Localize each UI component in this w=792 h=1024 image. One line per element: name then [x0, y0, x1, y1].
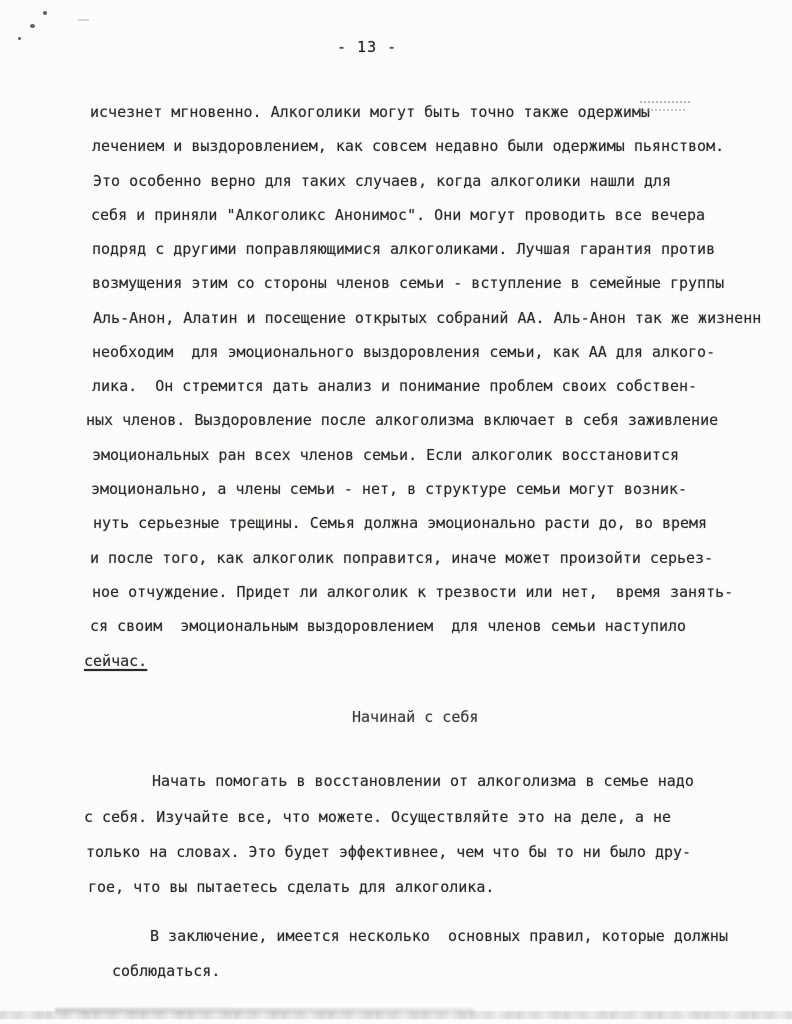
- text-line: Начать помогать в восстановлении от алко…: [152, 772, 694, 791]
- text-line: нуть серьезные трещины. Семья должна эмо…: [93, 514, 707, 533]
- ink-speck: [30, 24, 35, 28]
- text-line: с себя. Изучайте все, что можете. Осущес…: [84, 808, 671, 827]
- ink-smudge: [640, 101, 690, 103]
- text-line: ных членов. Выздоровление после алкоголи…: [86, 411, 718, 430]
- text-line: и после того, как алкоголик поправится, …: [90, 549, 713, 568]
- text-line: возмущения этим со стороны членов семьи …: [92, 274, 724, 293]
- text-line: себя и приняли "Алкоголикс Анонимос". Он…: [91, 206, 705, 225]
- text-line: исчезнет мгновенно. Алкоголики могут быт…: [90, 103, 650, 122]
- text-line: ся своим эмоциональным выздоровлением дл…: [90, 617, 686, 636]
- text-line-underlined: сейчас.: [84, 652, 147, 671]
- ink-smudge: [639, 109, 685, 111]
- page-number: - 13 -: [337, 38, 397, 57]
- text-line: лика. Он стремится дать анализ и пониман…: [92, 377, 697, 396]
- text-line: Это особенно верно для таких случаев, ко…: [93, 172, 671, 191]
- ink-speck: [43, 11, 47, 15]
- section-heading: Начинай с себя: [352, 708, 478, 727]
- text-line: только на словах. Это будет эффективнее,…: [86, 843, 691, 862]
- text-line: Аль-Анон, Алатин и посещение открытых со…: [93, 309, 761, 328]
- text-line: В заключение, имеется несколько основных…: [150, 927, 728, 946]
- text-line: необходим для эмоционального выздоровлен…: [92, 343, 715, 362]
- text-line: ное отчуждение. Придет ли алкоголик к тр…: [92, 583, 733, 602]
- text-line: эмоциональных ран всех членов семьи. Есл…: [92, 446, 679, 465]
- document-page: - 13 - исчезнет мгновенно. Алкоголики мо…: [0, 0, 792, 1024]
- text-line: гое, что вы пытаетесь сделать для алкого…: [88, 878, 494, 897]
- text-line: подряд с другими поправляющимися алкогол…: [92, 240, 715, 259]
- scan-edge-band: [0, 1011, 792, 1019]
- text-line: эмоционально, а члены семьи - нет, в стр…: [91, 480, 687, 499]
- text-line: соблюдаться.: [112, 962, 220, 981]
- ink-speck: [18, 37, 21, 40]
- text-line: лечением и выздоровлением, как совсем не…: [92, 137, 724, 156]
- scan-mark: [78, 19, 89, 21]
